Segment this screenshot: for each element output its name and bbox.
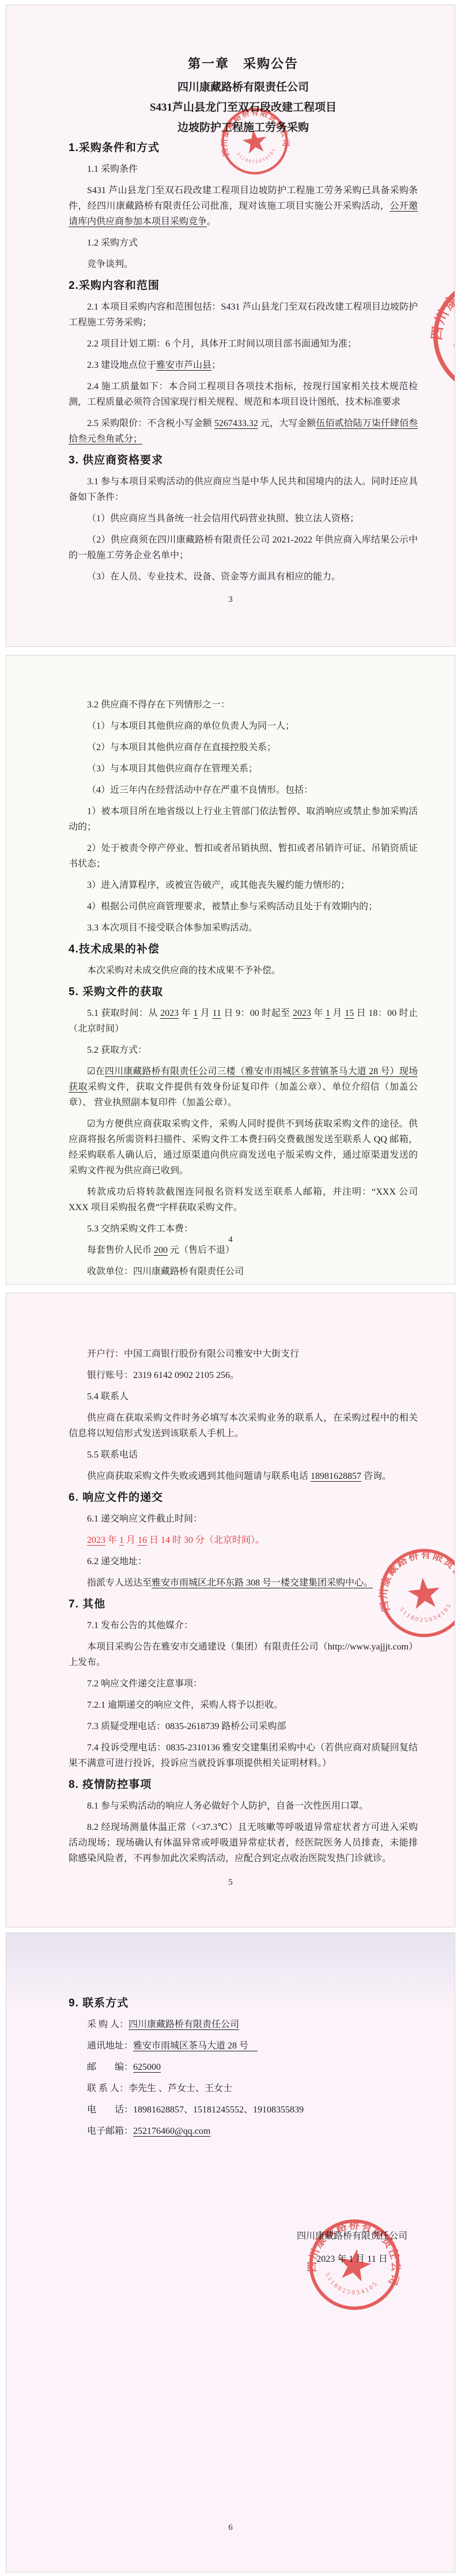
page-number: 6	[6, 2523, 455, 2533]
text-segment: 16	[138, 1535, 147, 1545]
text-segment: 2023	[160, 1008, 179, 1018]
page-content: 第一章 采购公告四川康藏路桥有限责任公司S431芦山县龙门至双石段改建工程项目边…	[69, 56, 418, 585]
text-segment: 雅安市雨城区茶马大道 28 号	[133, 2041, 258, 2051]
page-content: 3.2 供应商不得存在下列情形之一：（1）与本项目其他供应商的单位负责人为同一人…	[69, 697, 418, 1279]
text-segment: 雅安市芦山县	[156, 360, 211, 370]
text-segment: 200	[154, 1245, 168, 1255]
text-block: 每套售价人民币 200 元（售后不退）	[69, 1242, 418, 1258]
seal-code-text: 5118025034105	[321, 2271, 380, 2301]
text-segment: 2023	[87, 1535, 105, 1545]
text-block: 2.1 本项目采购内容和范围包括：S431 芦山县龙门至双石段改建工程项目边坡防…	[69, 299, 418, 330]
text-block: ☑在四川康藏路桥有限责任公司三楼（雅安市雨城区多营镇茶马大道 28 号）现场获取…	[69, 1064, 418, 1110]
text-block: 8.1 参与采购活动的响应人务必做好个人防护，自备一次性医用口罩。	[69, 1798, 418, 1814]
text-block: 收款单位：四川康藏路桥有限责任公司	[69, 1264, 418, 1279]
text-block: 采 购 人：四川康藏路桥有限责任公司	[69, 2017, 418, 2032]
text-block: S431 芦山县龙门至双石段改建工程项目边坡防护工程施工劳务采购已具备采购条件，…	[69, 183, 418, 229]
page-number: 5	[6, 1878, 455, 1888]
text-block: 7.2.1 逾期递交的响应文件，采购人将予以拒收。	[69, 1697, 418, 1713]
text-block: （1）供应商应当具备统一社会信用代码营业执照、独立法人资格；	[69, 511, 418, 526]
text-block: 7.3 质疑受理电话：0835-2618739 路桥公司采购部	[69, 1719, 418, 1734]
text-block: 竞争谈判。	[69, 257, 418, 272]
text-block: 6.2 递交地址：	[69, 1554, 418, 1569]
page-content: 开户行：中国工商银行股份有限公司雅安中大街支行银行账号：2319 6142 09…	[69, 1346, 418, 1866]
text-block: 5.4 联系人	[69, 1389, 418, 1404]
text-block: 8.2 经现场测量体温正常（<37.3℃）且无咳嗽等呼吸道异常症状者方可进入采购…	[69, 1820, 418, 1866]
text-block: 供应商获取采购文件失败或遇到其他问题请与联系电话 18981628857 咨询。	[69, 1468, 418, 1484]
document-subtitle: S431芦山县龙门至双石段改建工程项目	[69, 100, 418, 115]
text-segment: 18981628857	[311, 1471, 361, 1481]
text-block: 7.4 投诉受理电话：0835-2310136 雅安交建集团采购中心（若供应商对…	[69, 1740, 418, 1771]
text-block: 电 话：18981628857、15181245552、19108355839	[69, 2102, 418, 2118]
section-heading: 8. 疫情防控事项	[69, 1777, 418, 1792]
deadline-text: 2023 年 1 月 16 日 14 时 30 分（北京时间）。	[69, 1532, 418, 1548]
text-block: 5.1 获取时间：从 2023 年 1 月 11 日 9：00 时起至 2023…	[69, 1005, 418, 1037]
text-segment: 公开邀请库内供应商参加本项目采购竞争	[69, 201, 418, 227]
text-block: 7.1 发布公告的其他媒介：	[69, 1618, 418, 1633]
text-block: 3.1 参与本项目采购活动的供应商应当是中华人民共和国境内的法人。同时还应具备如…	[69, 474, 418, 505]
text-block: 邮 编：625000	[69, 2059, 418, 2075]
document-page: 第一章 采购公告四川康藏路桥有限责任公司S431芦山县龙门至双石段改建工程项目边…	[6, 5, 455, 647]
text-block: 3.3 本次项目不接受联合体参加采购活动。	[69, 920, 418, 936]
document-subtitle: 四川康藏路桥有限责任公司	[69, 80, 418, 95]
document-page: 3.2 供应商不得存在下列情形之一：（1）与本项目其他供应商的单位负责人为同一人…	[6, 655, 455, 1285]
section-heading: 6. 响应文件的递交	[69, 1490, 418, 1505]
text-segment: 四川康藏路桥有限责任公司	[129, 2020, 239, 2029]
section-heading: 9. 联系方式	[69, 1995, 418, 2011]
signature-date: 2023 年 1 月 11 日	[248, 2251, 455, 2267]
text-segment: 2023	[293, 1008, 311, 1018]
text-block: （2）与本项目其他供应商存在直接控股关系；	[69, 740, 418, 755]
text-segment: 雅安市雨城区北环东路 308 号一楼交建集团采购中心。	[152, 1578, 373, 1588]
text-segment: 11	[213, 1008, 221, 1018]
document-page: 9. 联系方式采 购 人：四川康藏路桥有限责任公司通讯地址：雅安市雨城区茶马大道…	[6, 1933, 455, 2573]
document-page: 开户行：中国工商银行股份有限公司雅安中大街支行银行账号：2319 6142 09…	[6, 1293, 455, 1927]
text-block: 2.3 建设地点位于雅安市芦山县；	[69, 357, 418, 373]
text-block: ☑为方便供应商获取采购文件，采购人同时提供不到场获取采购文件的途径。供应商将报名…	[69, 1116, 418, 1178]
svg-text:四川康藏路桥有限责任公司: 四川康藏路桥有限责任公司	[305, 2211, 410, 2288]
text-block: 5.2 获取方式：	[69, 1042, 418, 1058]
page-number: 4	[6, 1235, 455, 1245]
text-block: 4）根据公司供应商管理要求，被禁止参与采购活动且处于有效期内的；	[69, 899, 418, 914]
text-block: 3）进入清算程序，或被宣告破产，或其他丧失履约能力情形的；	[69, 878, 418, 893]
text-block: 供应商在获取采购文件时务必填写本次采购业务的联系人，在采购过程中的相关信息将以短…	[69, 1410, 418, 1441]
text-block: 6.1 递交响应文件截止时间：	[69, 1511, 418, 1527]
seal-company-text: 四川康藏路桥有限责任公司	[305, 2211, 410, 2288]
svg-text:5118025034105: 5118025034105	[445, 340, 455, 386]
text-segment: 1	[326, 1008, 330, 1018]
text-block: 银行账号：2319 6142 0902 2105 256。	[69, 1368, 418, 1383]
seal-code-text: 5118025034105	[445, 340, 455, 386]
text-block: 7.2 响应文件递交注意事项：	[69, 1676, 418, 1692]
document-scroll-view: 第一章 采购公告四川康藏路桥有限责任公司S431芦山县龙门至双石段改建工程项目边…	[0, 0, 461, 2573]
text-block: 5.5 联系电话	[69, 1447, 418, 1463]
text-block: （2）供应商须在四川康藏路桥有限责任公司 2021-2022 年供应商入库结果公…	[69, 532, 418, 563]
page-content: 9. 联系方式采 购 人：四川康藏路桥有限责任公司通讯地址：雅安市雨城区茶马大道…	[69, 1995, 418, 2139]
text-segment: 5267433.32	[214, 419, 258, 428]
text-block: 通讯地址：雅安市雨城区茶马大道 28 号	[69, 2038, 418, 2054]
text-block: （1）与本项目其他供应商的单位负责人为同一人；	[69, 718, 418, 734]
text-block: 开户行：中国工商银行股份有限公司雅安中大街支行	[69, 1346, 418, 1362]
section-heading: 2.采购内容和范围	[69, 278, 418, 293]
signature-company: 四川康藏路桥有限责任公司	[248, 2228, 455, 2244]
text-block: 转款成功后将转款截图连同报名资料发送至联系人邮箱，并注明：“XXX 公司 XXX…	[69, 1184, 418, 1215]
section-heading: 4.技术成果的补偿	[69, 941, 418, 957]
svg-text:5118025034105: 5118025034105	[321, 2271, 380, 2301]
text-block: （3）与本项目其他供应商存在管理关系；	[69, 761, 418, 777]
chapter-title: 第一章 采购公告	[69, 56, 418, 71]
text-block: 2.2 项目计划工期：6 个月，具体开工时间以项目部书面通知为准；	[69, 336, 418, 352]
section-heading: 3. 供应商资格要求	[69, 453, 418, 468]
text-block: 指派专人送达至雅安市雨城区北环东路 308 号一楼交建集团采购中心。	[69, 1575, 418, 1591]
official-seal-stamp: 四川康藏路桥有限责任公司 5118025034105	[415, 259, 455, 413]
seal-icon: 四川康藏路桥有限责任公司 5118025034105	[415, 259, 455, 413]
text-block: 3.2 供应商不得存在下列情形之一：	[69, 697, 418, 713]
text-segment: 252176460@qq.com	[133, 2126, 210, 2136]
document-subtitle: 边坡防护工程施工劳务采购	[69, 120, 418, 135]
text-segment: 1	[119, 1535, 124, 1545]
section-heading: 7. 其他	[69, 1596, 418, 1612]
text-block: 本次采购对未成交供应商的技术成果不予补偿。	[69, 963, 418, 978]
text-block: 1.1 采购条件	[69, 161, 418, 177]
section-heading: 5. 采购文件的获取	[69, 984, 418, 1000]
text-block: 2.4 施工质量如下：本合同工程项目各项技术指标，按现行国家相关技术规范检测，工…	[69, 379, 418, 410]
text-block: （4）近三年内在经营活动中存在严重不良情形。包括：	[69, 782, 418, 798]
text-block: 电子邮箱：252176460@qq.com	[69, 2123, 418, 2139]
section-heading: 1.采购条件和方式	[69, 140, 418, 156]
text-block: 2）处于被责令停产停业、暂扣或者吊销执照、暂扣或者吊销许可证、吊销资质证书状态；	[69, 841, 418, 872]
page-number: 3	[6, 595, 455, 605]
seal-company-text: 四川康藏路桥有限责任公司	[427, 262, 455, 373]
text-block: （3）在人员、专业技术、设备、资金等方面具有相应的能力。	[69, 569, 418, 585]
text-block: 1.2 采购方式	[69, 235, 418, 251]
text-block: 5.3 交纳采购文件工本费：	[69, 1221, 418, 1237]
text-segment: 15	[345, 1008, 354, 1018]
text-segment: 1	[193, 1008, 198, 1018]
text-block: 2.5 采购限价：不含税小写金额 5267433.32 元，大写金额伍佰贰拾陆万…	[69, 416, 418, 447]
text-block: 联 系 人：李先生 、芦女士、王女士	[69, 2081, 418, 2096]
text-segment: 625000	[133, 2062, 161, 2072]
text-block: 本项目采购公告在雅安市交通建设（集团）有限责任公司（http://www.yaj…	[69, 1639, 418, 1670]
text-segment: 四川康藏路桥有限责任公司三楼（雅安市雨城区多营镇茶马大道 28 号）现场获取	[69, 1067, 418, 1092]
svg-text:四川康藏路桥有限责任公司: 四川康藏路桥有限责任公司	[427, 262, 455, 373]
text-block: 1）被本项目所在地省级以上行业主管部门依法暂停、取消响应或禁止参加采购活动的；	[69, 804, 418, 835]
